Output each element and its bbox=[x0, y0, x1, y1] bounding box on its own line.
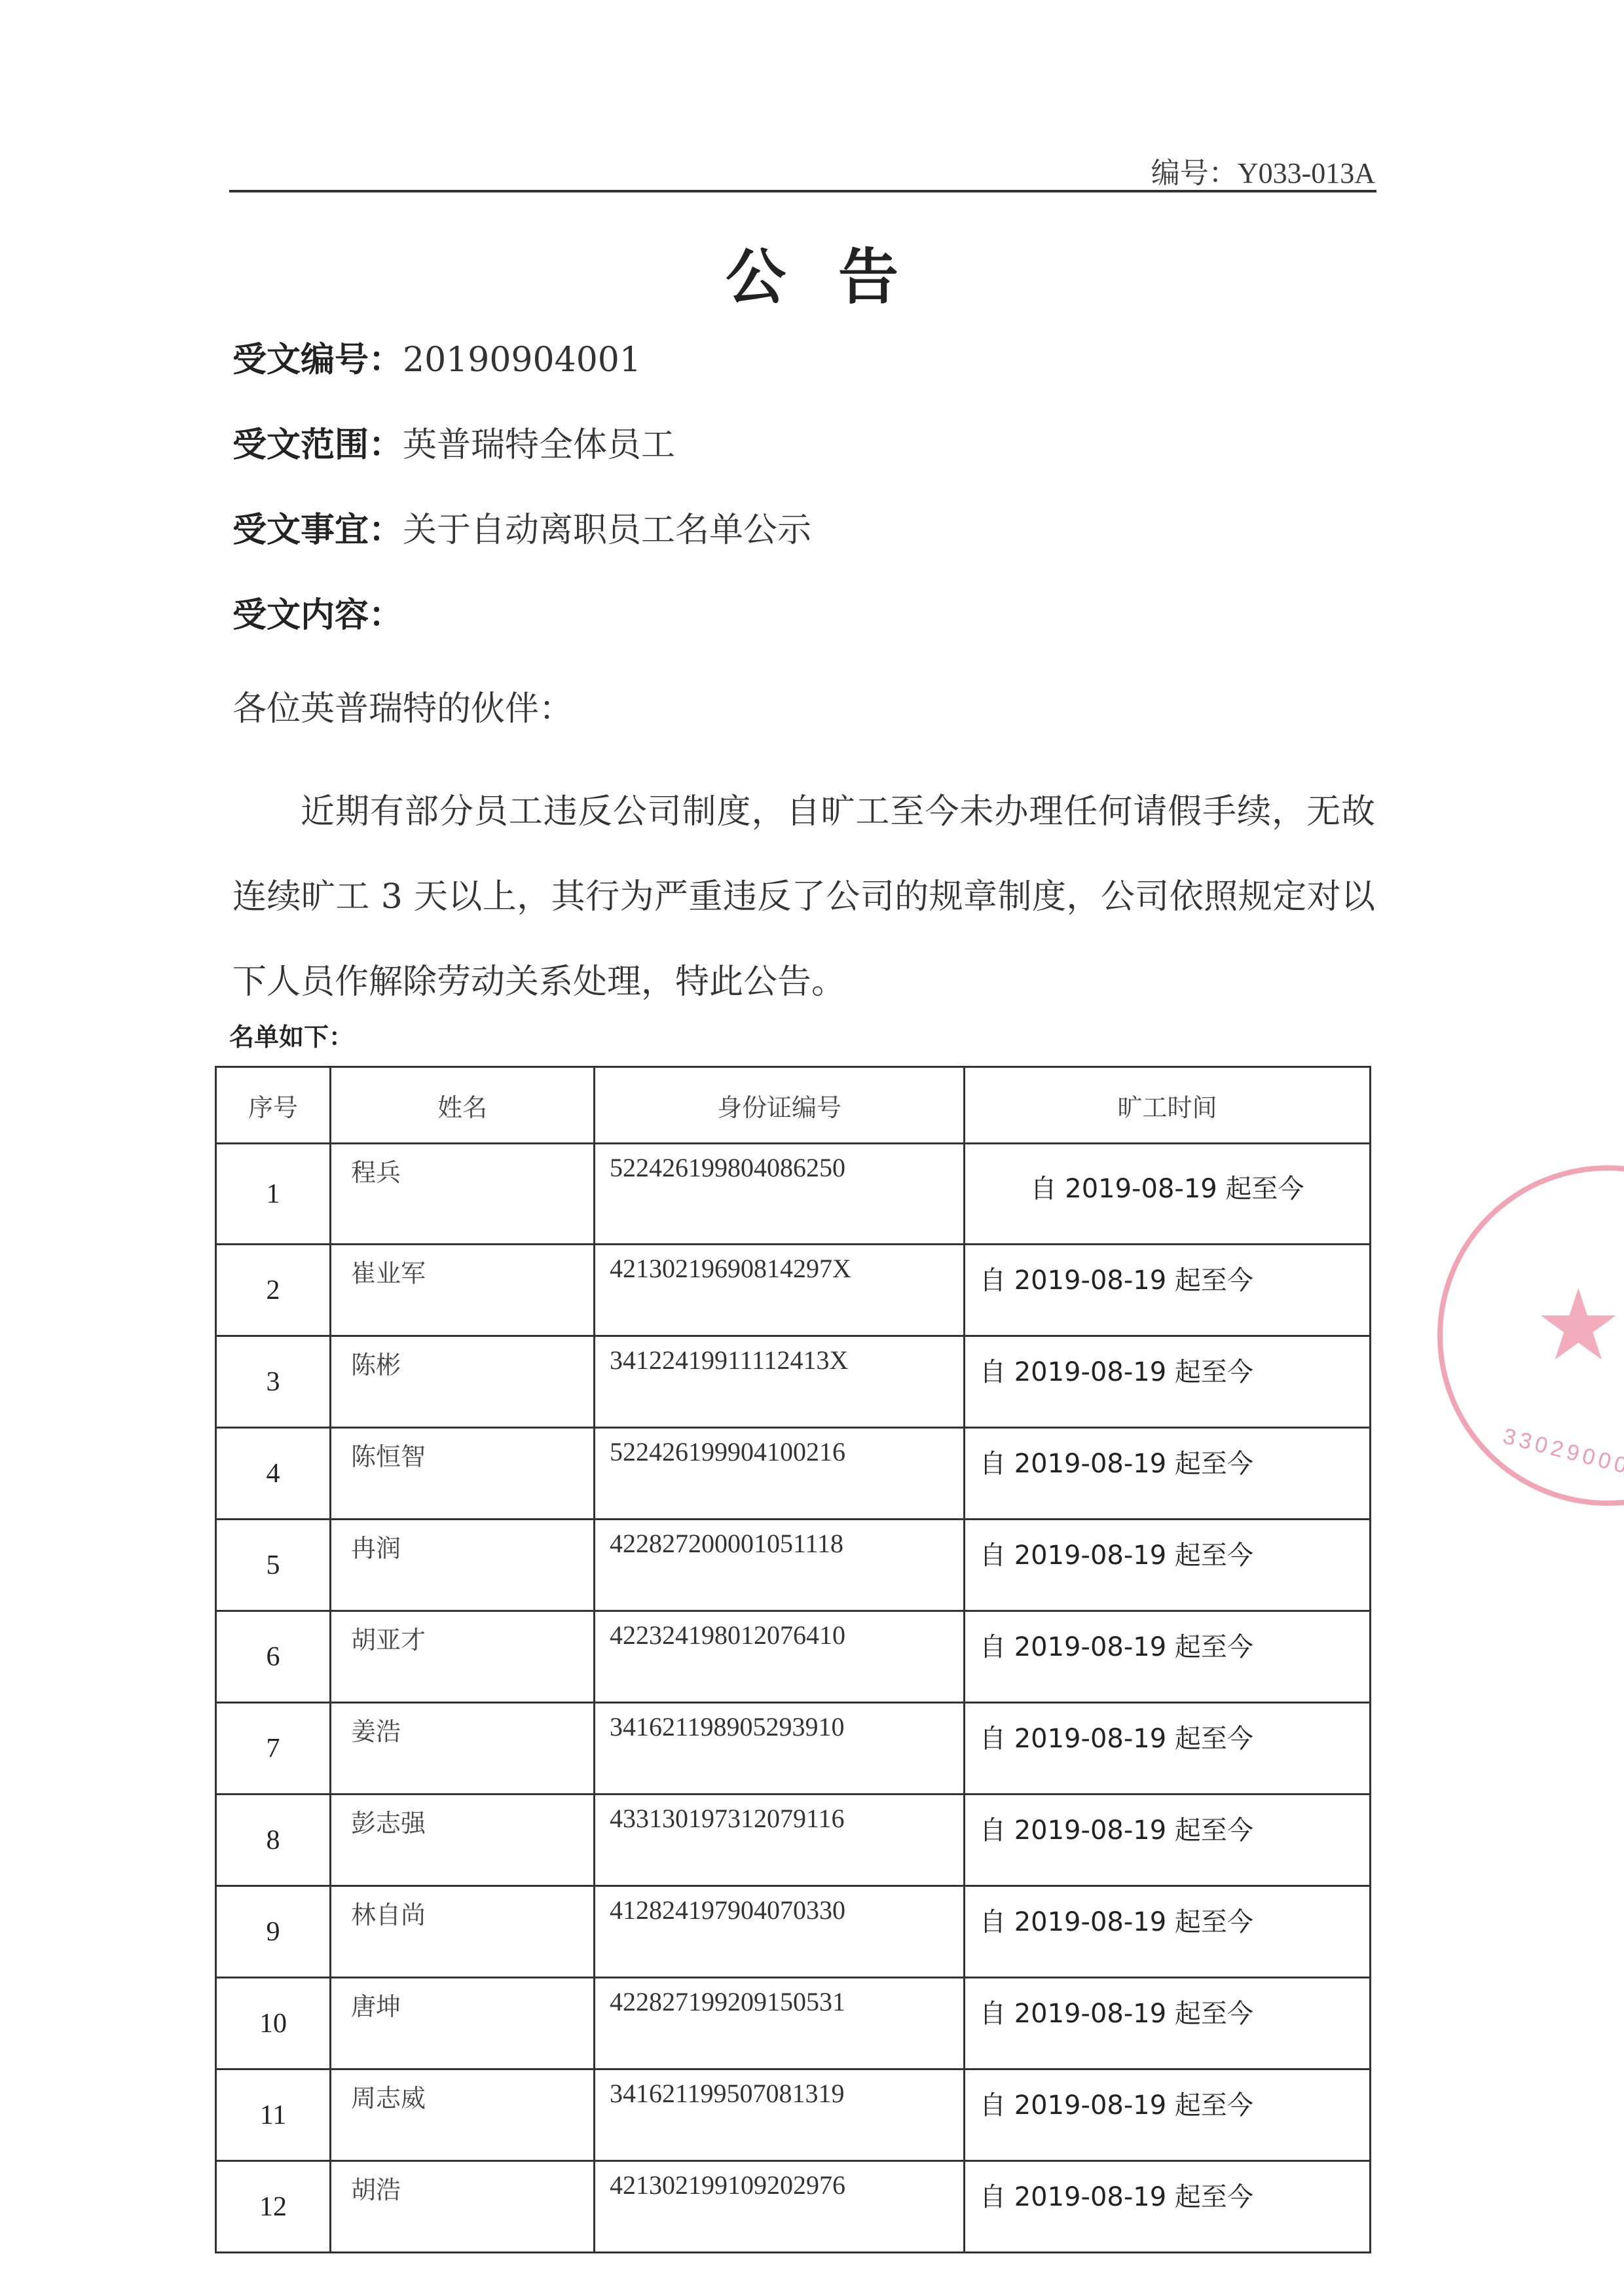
cell-name: 冉润 bbox=[331, 1520, 595, 1611]
cell-id: 422324198012076410 bbox=[595, 1611, 965, 1703]
document-number: 编号：Y033-013A bbox=[1151, 149, 1375, 191]
field-value: 英普瑞特全体员工 bbox=[403, 426, 675, 465]
field-label: 受文事宜： bbox=[232, 511, 403, 550]
table-row: 3 陈彬 34122419911112413X 自 2019-08-19 起至今 bbox=[216, 1336, 1371, 1428]
cell-time: 自 2019-08-19 起至今 bbox=[965, 1611, 1371, 1703]
field-value: 20190904001 bbox=[403, 340, 641, 380]
cell-no: 6 bbox=[216, 1611, 331, 1703]
cell-time: 自 2019-08-19 起至今 bbox=[965, 2069, 1371, 2161]
header-no: 序号 bbox=[216, 1067, 331, 1144]
table-row: 4 陈恒智 522426199904100216 自 2019-08-19 起至… bbox=[216, 1428, 1371, 1520]
seal-code: 33029000 bbox=[1500, 1423, 1624, 1480]
header-rule bbox=[229, 190, 1376, 192]
cell-id: 522426199904100216 bbox=[595, 1428, 965, 1520]
table-row: 10 唐坤 422827199209150531 自 2019-08-19 起至… bbox=[216, 1978, 1371, 2069]
cell-id: 421302199109202976 bbox=[595, 2161, 965, 2253]
field-doc-number: 受文编号：20190904001 bbox=[232, 340, 641, 380]
star-icon: ★ bbox=[1534, 1269, 1622, 1383]
table-row: 2 崔业军 42130219690814297X 自 2019-08-19 起至… bbox=[216, 1245, 1371, 1336]
cell-name: 林自尚 bbox=[331, 1886, 595, 1978]
cell-no: 9 bbox=[216, 1886, 331, 1978]
cell-id: 341621199507081319 bbox=[595, 2069, 965, 2161]
header-name: 姓名 bbox=[331, 1067, 595, 1144]
field-label: 受文内容： bbox=[232, 596, 403, 635]
cell-id: 341621198905293910 bbox=[595, 1703, 965, 1795]
cell-time: 自 2019-08-19 起至今 bbox=[965, 1703, 1371, 1795]
table-row: 12 胡浩 421302199109202976 自 2019-08-19 起至… bbox=[216, 2161, 1371, 2253]
table-header-row: 序号 姓名 身份证编号 旷工时间 bbox=[216, 1067, 1371, 1144]
cell-name: 陈彬 bbox=[331, 1336, 595, 1428]
field-subject: 受文事宜：关于自动离职员工名单公示 bbox=[232, 511, 811, 550]
header-id: 身份证编号 bbox=[595, 1067, 965, 1144]
table-row: 6 胡亚才 422324198012076410 自 2019-08-19 起至… bbox=[216, 1611, 1371, 1703]
field-label: 受文范围： bbox=[232, 426, 403, 465]
table-row: 8 彭志强 433130197312079116 自 2019-08-19 起至… bbox=[216, 1795, 1371, 1886]
cell-time: 自 2019-08-19 起至今 bbox=[965, 2161, 1371, 2253]
cell-name: 彭志强 bbox=[331, 1795, 595, 1886]
cell-time: 自 2019-08-19 起至今 bbox=[965, 1795, 1371, 1886]
cell-id: 34122419911112413X bbox=[595, 1336, 965, 1428]
cell-no: 3 bbox=[216, 1336, 331, 1428]
cell-name: 崔业军 bbox=[331, 1245, 595, 1336]
cell-no: 2 bbox=[216, 1245, 331, 1336]
field-content: 受文内容： bbox=[232, 596, 403, 635]
field-label: 受文编号： bbox=[232, 340, 403, 380]
cell-no: 1 bbox=[216, 1144, 331, 1245]
body-paragraph: 近期有部分员工违反公司制度，自旷工至今未办理任何请假手续，无故连续旷工 3 天以… bbox=[232, 769, 1375, 1025]
cell-time: 自 2019-08-19 起至今 bbox=[965, 1428, 1371, 1520]
cell-no: 5 bbox=[216, 1520, 331, 1611]
cell-time: 自 2019-08-19 起至今 bbox=[965, 1520, 1371, 1611]
cell-no: 11 bbox=[216, 2069, 331, 2161]
cell-id: 422827200001051118 bbox=[595, 1520, 965, 1611]
cell-name: 胡亚才 bbox=[331, 1611, 595, 1703]
cell-time: 自 2019-08-19 起至今 bbox=[965, 1336, 1371, 1428]
cell-no: 10 bbox=[216, 1978, 331, 2069]
cell-time: 自 2019-08-19 起至今 bbox=[965, 1144, 1371, 1245]
cell-name: 程兵 bbox=[331, 1144, 595, 1245]
table-row: 11 周志威 341621199507081319 自 2019-08-19 起… bbox=[216, 2069, 1371, 2161]
page-title: 公告 bbox=[0, 229, 1624, 316]
cell-name: 陈恒智 bbox=[331, 1428, 595, 1520]
field-scope: 受文范围：英普瑞特全体员工 bbox=[232, 426, 675, 465]
cell-id: 422827199209150531 bbox=[595, 1978, 965, 2069]
table-row: 7 姜浩 341621198905293910 自 2019-08-19 起至今 bbox=[216, 1703, 1371, 1795]
cell-id: 433130197312079116 bbox=[595, 1795, 965, 1886]
cell-no: 12 bbox=[216, 2161, 331, 2253]
cell-time: 自 2019-08-19 起至今 bbox=[965, 1886, 1371, 1978]
cell-id: 522426199804086250 bbox=[595, 1144, 965, 1245]
employee-table: 序号 姓名 身份证编号 旷工时间 1 程兵 522426199804086250… bbox=[215, 1066, 1371, 2253]
table-row: 5 冉润 422827200001051118 自 2019-08-19 起至今 bbox=[216, 1520, 1371, 1611]
table-row: 1 程兵 522426199804086250 自 2019-08-19 起至今 bbox=[216, 1144, 1371, 1245]
table-row: 9 林自尚 412824197904070330 自 2019-08-19 起至… bbox=[216, 1886, 1371, 1978]
field-value: 关于自动离职员工名单公示 bbox=[403, 511, 811, 550]
cell-name: 姜浩 bbox=[331, 1703, 595, 1795]
list-label: 名单如下： bbox=[229, 1017, 354, 1053]
cell-time: 自 2019-08-19 起至今 bbox=[965, 1978, 1371, 2069]
header-time: 旷工时间 bbox=[965, 1067, 1371, 1144]
cell-time: 自 2019-08-19 起至今 bbox=[965, 1245, 1371, 1336]
company-seal-stamp: ★ 33029000 bbox=[1437, 1165, 1624, 1506]
cell-id: 42130219690814297X bbox=[595, 1245, 965, 1336]
cell-no: 7 bbox=[216, 1703, 331, 1795]
cell-id: 412824197904070330 bbox=[595, 1886, 965, 1978]
cell-name: 唐坤 bbox=[331, 1978, 595, 2069]
cell-name: 胡浩 bbox=[331, 2161, 595, 2253]
cell-name: 周志威 bbox=[331, 2069, 595, 2161]
cell-no: 8 bbox=[216, 1795, 331, 1886]
cell-no: 4 bbox=[216, 1428, 331, 1520]
greeting: 各位英普瑞特的伙伴： bbox=[232, 681, 573, 730]
